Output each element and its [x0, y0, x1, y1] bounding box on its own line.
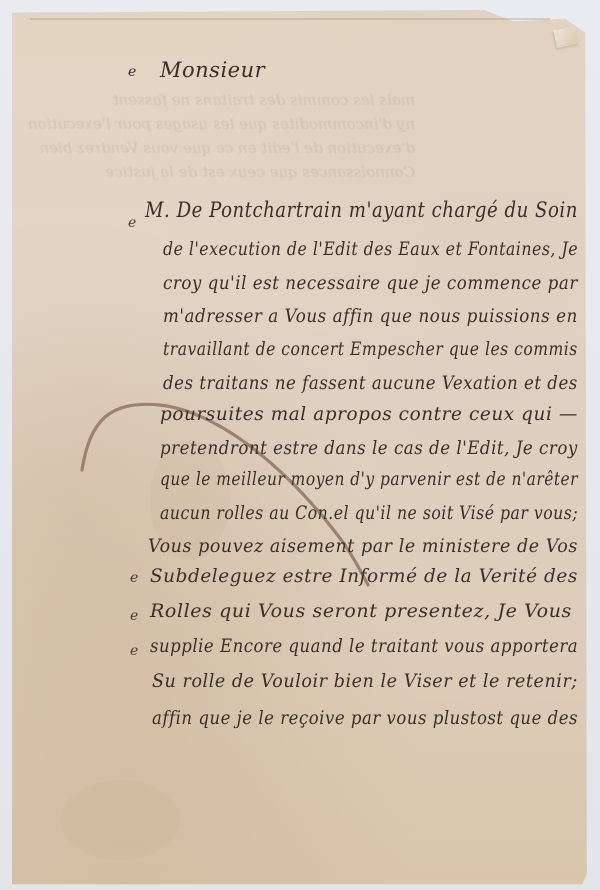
letter-line-12: Subdeleguez estre Informé de la Verité d… [150, 565, 578, 587]
letter-line-9: que le meilleur moyen d'y parvenir est d… [160, 468, 578, 490]
letter-line-2: de l'execution de l'Edit des Eaux et Fon… [163, 238, 578, 260]
letter-line-14: supplie Encore quand le traitant vous ap… [150, 635, 578, 657]
letter-line-8: pretendront estre dans le cas de l'Edit,… [160, 437, 578, 459]
letter-line-1: M. De Pontchartrain m'ayant chargé du So… [145, 198, 578, 222]
letter-line-10: aucun rolles au Con.el qu'il ne soit Vis… [160, 502, 578, 524]
letter-line-4: m'adresser a Vous affin que nous puissio… [163, 305, 578, 327]
margin-mark: e [128, 215, 136, 231]
letter-line-13: Rolles qui Vous seront presentez, Je Vou… [150, 600, 572, 622]
letter-line-11: Vous pouvez aisement par le ministere de… [148, 535, 578, 557]
letter-body: e Monsieur e M. De Pontchartrain m'ayant… [0, 0, 600, 890]
letter-line-16: affin que je le reçoive par vous plustos… [152, 707, 578, 729]
letter-line-6: des traitans ne fassent aucune Vexation … [163, 372, 578, 394]
letter-line-3: croy qu'il est necessaire que je commenc… [163, 272, 578, 294]
letter-line-5: travaillant de concert Empescher que les… [163, 338, 578, 360]
salutation: Monsieur [160, 58, 265, 82]
margin-mark: e [130, 643, 138, 659]
margin-mark: e [130, 608, 138, 624]
letter-line-7: poursuites mal apropos contre ceux qui — [160, 403, 578, 425]
margin-mark: e [128, 64, 136, 80]
margin-mark: e [130, 570, 138, 586]
letter-line-15: Su rolle de Vouloir bien le Viser et le … [152, 670, 578, 692]
